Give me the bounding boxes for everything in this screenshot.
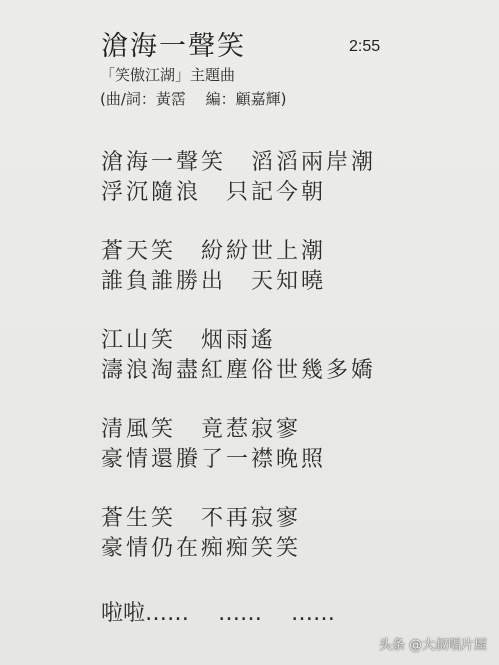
lyric-line: 豪情還賸了一襟晚照 (101, 445, 326, 475)
stanza-4: 清風笑 竟惹寂寥 豪情還賸了一襟晚照 (101, 415, 326, 475)
lyric-line: 蒼天笑 紛紛世上潮 (101, 237, 326, 267)
stanza-5: 蒼生笑 不再寂寥 豪情仍在痴痴笑笑 (101, 504, 301, 564)
lyric-line: 蒼生笑 不再寂寥 (101, 504, 301, 534)
lyric-line: 江山笑 烟雨遙 (101, 326, 376, 356)
outro-line: 啦啦…… …… …… (101, 596, 335, 627)
stanza-2: 蒼天笑 紛紛世上潮 誰負誰勝出 天知曉 (101, 237, 326, 297)
stanza-3: 江山笑 烟雨遙 濤浪淘盡紅塵俗世幾多嬌 (101, 326, 376, 386)
lyric-line: 滄海一聲笑 滔滔兩岸潮 (101, 148, 376, 178)
lyric-line: 豪情仍在痴痴笑笑 (101, 534, 301, 564)
stanza-1: 滄海一聲笑 滔滔兩岸潮 浮沉隨浪 只記今朝 (101, 148, 376, 208)
song-duration: 2:55 (349, 38, 380, 56)
song-subtitle: 「笑傲江湖」主題曲 (100, 64, 235, 85)
lyric-line: 清風笑 竟惹寂寥 (101, 415, 326, 445)
lyric-line: 浮沉隨浪 只記今朝 (101, 178, 376, 208)
lyric-line: 濤浪淘盡紅塵俗世幾多嬌 (101, 356, 376, 386)
song-credits: (曲/詞：黃霑 編：顧嘉輝) (100, 88, 287, 109)
lyric-line: 誰負誰勝出 天知曉 (101, 267, 326, 297)
song-title: 滄海一聲笑 (101, 24, 246, 63)
watermark: 头条 @大叔唱片屋 (379, 634, 487, 653)
